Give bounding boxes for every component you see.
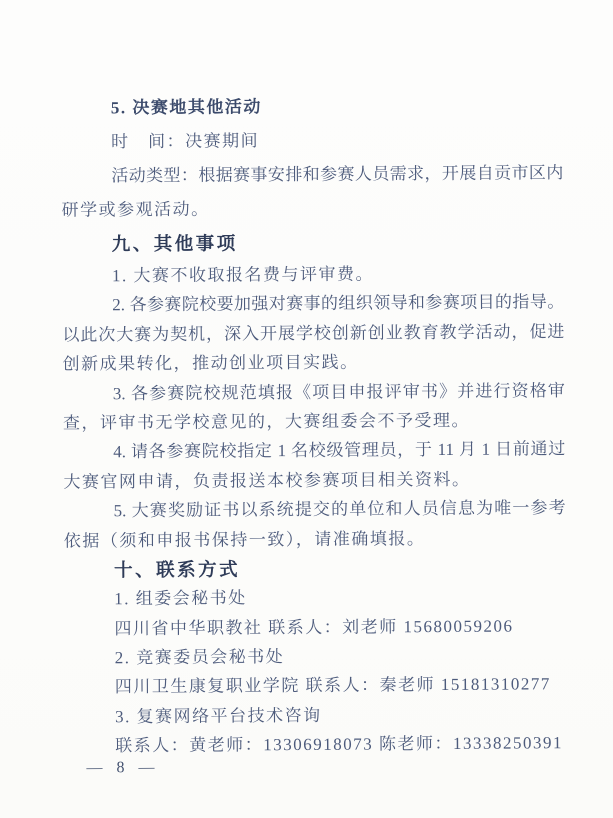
- other-matters-item-4-line-2: 大赛官网申请，负责报送本校参赛项目相关资料。: [63, 464, 565, 497]
- subsection-title-final-site-activities: 5. 决赛地其他活动: [61, 88, 563, 126]
- other-matters-item-3-line-2: 查，评审书无学校意见的，大赛组委会不予受理。: [63, 405, 565, 438]
- time-line: 时 间：决赛期间: [61, 122, 563, 160]
- activity-type-line-2: 研学或参观活动。: [61, 190, 563, 228]
- contact-item-2-detail: 四川卫生康复职业学院 联系人：秦老师 15181310277: [65, 670, 567, 703]
- activity-type-line-1: 活动类型：根据赛事安排和参赛人员需求，开展自贡市区内: [61, 156, 563, 194]
- scan-tilt-wrapper: 5. 决赛地其他活动 时 间：决赛期间 活动类型：根据赛事安排和参赛人员需求，开…: [0, 0, 613, 818]
- scanned-document-page: 5. 决赛地其他活动 时 间：决赛期间 活动类型：根据赛事安排和参赛人员需求，开…: [0, 0, 613, 818]
- other-matters-item-2-line-3: 创新成果转化，推动创业项目实践。: [63, 346, 565, 379]
- contact-item-3-detail: 联系人：黄老师：13306918073 陈老师：13338250391: [65, 728, 567, 761]
- other-matters-item-3-line-1: 3. 各参赛院校规范填报《项目申报评审书》并进行资格审: [63, 376, 565, 409]
- other-matters-item-5-line-1: 5. 大赛奖励证书以系统提交的单位和人员信息为唯一参考: [64, 493, 566, 526]
- other-matters-item-2-line-1: 2. 各参赛院校要加强对赛事的组织领导和参赛项目的指导。: [62, 288, 564, 321]
- contact-item-3-title: 3. 复赛网络平台技术咨询: [65, 699, 567, 732]
- section-heading-other-matters: 九、其他事项: [62, 224, 564, 262]
- contact-item-2-title: 2. 竞赛委员会秘书处: [65, 640, 567, 673]
- page-number: — 8 —: [86, 759, 155, 777]
- contact-item-1-title: 1. 组委会秘书处: [64, 581, 566, 614]
- other-matters-item-1: 1. 大赛不收取报名费与评审费。: [62, 258, 564, 291]
- contact-item-1-detail: 四川省中华职教社 联系人：刘老师 15680059206: [64, 611, 566, 644]
- other-matters-item-5-line-2: 依据（须和申报书保持一致），请准确填报。: [64, 523, 566, 556]
- document-content: 5. 决赛地其他活动 时 间：决赛期间 活动类型：根据赛事安排和参赛人员需求，开…: [61, 88, 568, 761]
- section-heading-contact-info: 十、联系方式: [64, 552, 566, 585]
- other-matters-item-2-line-2: 以此次大赛为契机，深入开展学校创新创业教育教学活动，促进: [62, 317, 564, 350]
- other-matters-item-4-line-1: 4. 请各参赛院校指定 1 名校级管理员，于 11 月 1 日前通过: [63, 434, 565, 467]
